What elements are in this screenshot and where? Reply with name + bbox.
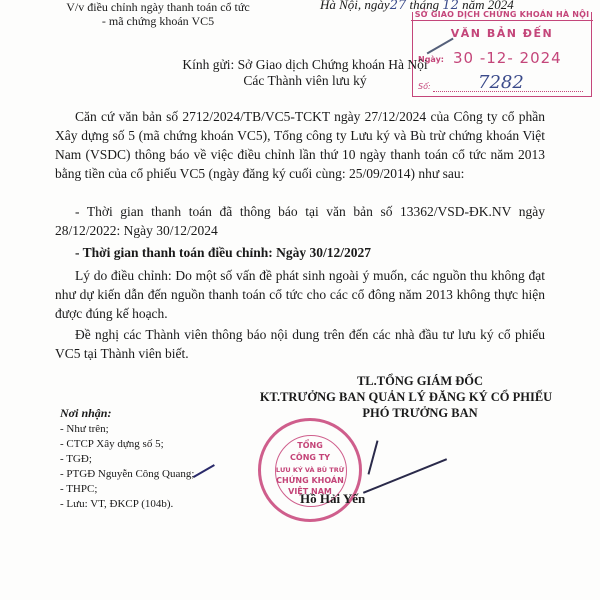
signer-line-3: PHÓ TRƯỞNG BAN (240, 405, 600, 421)
signer-name: Hồ Hải Yến (300, 491, 365, 507)
paragraph-adjusted-payment: - Thời gian thanh toán điều chỉnh: Ngày … (55, 243, 545, 262)
recipient-block: Kính gửi: Sở Giao dịch Chứng khoán Hà Nộ… (160, 57, 450, 89)
document-subject: V/v điều chỉnh ngày thanh toán cổ tức - … (58, 0, 258, 28)
subject-line-1: V/v điều chỉnh ngày thanh toán cổ tức (58, 0, 258, 14)
stamp-date-value: 30 -12- 2024 (453, 49, 562, 67)
paragraph-reason: Lý do điều chỉnh: Do một số vấn đề phát … (55, 266, 545, 323)
seal-line-2: CÔNG TY (261, 453, 359, 463)
recipient-item: - THPC; (60, 482, 194, 497)
signer-line-1: TL.TỔNG GIÁM ĐỐC (240, 373, 600, 389)
seal-line-4: CHỨNG KHOÁN (261, 476, 359, 486)
recipients-list: Nơi nhận: - Như trên; - CTCP Xây dựng số… (60, 406, 194, 512)
recipient-item: - Như trên; (60, 422, 194, 437)
place-date-prefix: Hà Nội, ngày (320, 0, 390, 12)
recipient-line-1: Kính gửi: Sở Giao dịch Chứng khoán Hà Nộ… (160, 57, 450, 73)
paragraph-request: Đề nghị các Thành viên thông báo nội dun… (55, 325, 545, 363)
seal-line-1: TỔNG (261, 441, 359, 451)
subject-line-2: - mã chứng khoán VC5 (58, 14, 258, 28)
recipient-item: - CTCP Xây dựng số 5; (60, 437, 194, 452)
recipient-item: - PTGĐ Nguyễn Công Quang; (60, 467, 194, 482)
recipient-item: - Lưu: VT, ĐKCP (104b). (60, 497, 194, 512)
stamp-number-value: 7282 (478, 72, 524, 93)
signature-stroke (368, 440, 379, 474)
recipient-line-2: Các Thành viên lưu ký (160, 73, 450, 89)
signer-line-2: KT.TRƯỞNG BAN QUẢN LÝ ĐĂNG KÝ CỔ PHIẾU (212, 389, 600, 405)
paragraph-previous-payment: - Thời gian thanh toán đã thông báo tại … (55, 202, 545, 240)
seal-line-3: LƯU KÝ VÀ BÙ TRỪ (261, 465, 359, 475)
stamp-title: VĂN BẢN ĐẾN (413, 27, 591, 40)
paragraph-basis: Căn cứ văn bản số 2712/2024/TB/VC5-TCKT … (55, 107, 545, 183)
initial-mark (193, 464, 215, 478)
stamp-organization: SỞ GIAO DỊCH CHỨNG KHOÁN HÀ NỘI (411, 10, 593, 21)
recipient-item: - TGĐ; (60, 452, 194, 467)
signature-block: TL.TỔNG GIÁM ĐỐC KT.TRƯỞNG BAN QUẢN LÝ Đ… (240, 373, 600, 421)
recipients-heading: Nơi nhận: (60, 406, 194, 421)
signature-stroke (363, 458, 447, 494)
handwritten-day: 27 (390, 0, 407, 13)
